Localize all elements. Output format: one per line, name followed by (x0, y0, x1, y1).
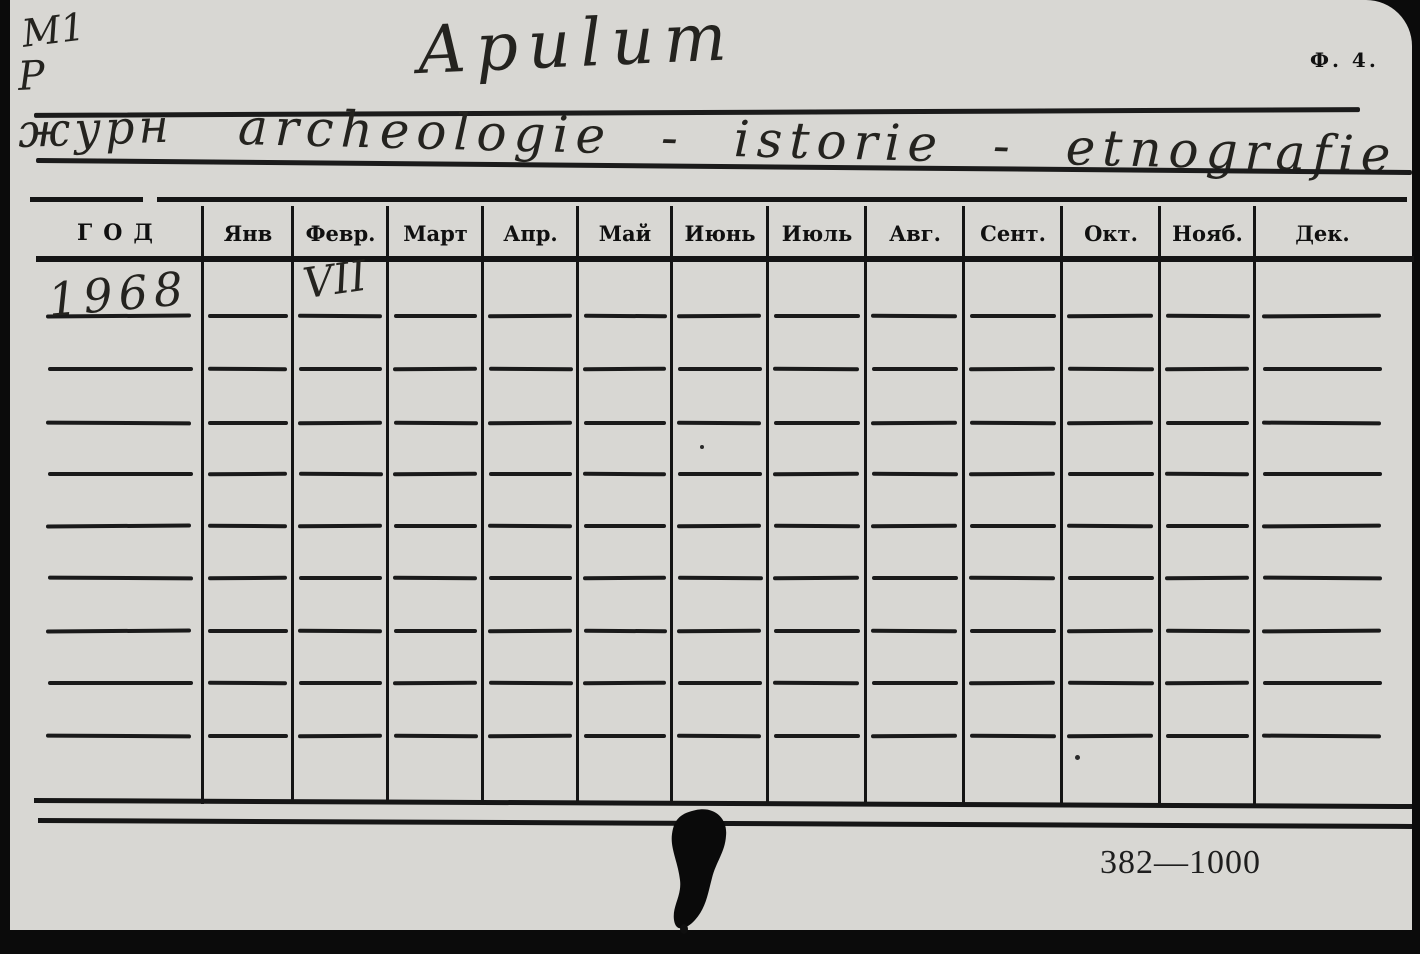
month-cell (768, 261, 866, 316)
month-cell: VII (293, 261, 388, 316)
month-cell (203, 526, 293, 578)
month-cell (1062, 683, 1160, 736)
header-cell-month: Авг. (866, 206, 964, 256)
month-cell (1255, 631, 1390, 683)
month-cell (293, 683, 388, 736)
month-cell (866, 261, 964, 316)
month-cell (672, 316, 768, 369)
year-cell: 1968 (38, 261, 203, 316)
month-cell (203, 369, 293, 423)
month-cell (1255, 578, 1390, 631)
year-cell (38, 423, 203, 474)
month-cell (578, 578, 672, 631)
year-cell (38, 631, 203, 683)
month-cell (1062, 736, 1160, 798)
header-cell-month: Нояб. (1160, 206, 1255, 256)
month-cell (1062, 631, 1160, 683)
month-cell (672, 631, 768, 683)
scanned-card-screenshot: М1 Р Apulum Ф. 4. журн archeologie - ist… (0, 0, 1420, 954)
month-cell (1062, 316, 1160, 369)
paper-speck (1075, 755, 1080, 760)
month-cell (672, 369, 768, 423)
month-cell (964, 683, 1062, 736)
month-cell (1255, 423, 1390, 474)
table-header-row: ГОДЯнвФевр.МартАпр.МайИюньИюльАвг.Сент.О… (38, 206, 1390, 256)
month-cell (964, 526, 1062, 578)
handwritten-title: Apulum (416, 0, 738, 89)
header-cell-month: Окт. (1062, 206, 1160, 256)
month-cell (964, 578, 1062, 631)
month-cell (866, 369, 964, 423)
month-cell (866, 423, 964, 474)
month-cell (768, 526, 866, 578)
month-cell (866, 474, 964, 526)
header-cell-month: Май (578, 206, 672, 256)
month-cell (768, 474, 866, 526)
month-cell (578, 423, 672, 474)
month-cell (768, 631, 866, 683)
header-cell-month: Дек. (1255, 206, 1390, 256)
month-cell (672, 423, 768, 474)
month-cell (964, 631, 1062, 683)
form-code-label: Ф. 4. (1310, 48, 1379, 72)
header-cell-month: Сент. (964, 206, 1062, 256)
header-cell-month: Апр. (483, 206, 578, 256)
year-cell (38, 526, 203, 578)
month-cell (768, 316, 866, 369)
month-cell (1062, 423, 1160, 474)
month-cell (483, 683, 578, 736)
table-top-border-left (30, 197, 143, 202)
month-cell (483, 423, 578, 474)
month-cell (964, 736, 1062, 798)
table-column-line (766, 206, 769, 804)
month-cell (1062, 526, 1160, 578)
month-cell (578, 631, 672, 683)
month-cell (578, 316, 672, 369)
table-column-line (386, 206, 389, 804)
month-cell (293, 526, 388, 578)
table-column-line (1060, 206, 1063, 804)
month-cell (964, 423, 1062, 474)
header-cell-month: Март (388, 206, 483, 256)
corner-note-m1: М1 (19, 4, 87, 55)
month-cell (1255, 474, 1390, 526)
year-cell (38, 369, 203, 423)
index-card-paper: М1 Р Apulum Ф. 4. журн archeologie - ist… (10, 0, 1412, 930)
month-cell (1062, 578, 1160, 631)
header-cell-month: Июнь (672, 206, 768, 256)
month-cell (1255, 526, 1390, 578)
table-column-line (670, 206, 673, 804)
month-cell (672, 578, 768, 631)
month-cell (483, 369, 578, 423)
month-cell (1160, 631, 1255, 683)
month-cell (293, 423, 388, 474)
month-cell (672, 736, 768, 798)
month-cell (293, 631, 388, 683)
table-column-line (291, 206, 294, 804)
month-cell (483, 474, 578, 526)
month-cell (866, 631, 964, 683)
month-cell (388, 261, 483, 316)
month-cell (1160, 683, 1255, 736)
month-cell (866, 578, 964, 631)
paper-speck (700, 445, 704, 449)
ink-blot (662, 808, 742, 940)
month-cell (768, 683, 866, 736)
month-cell (1160, 316, 1255, 369)
month-cell (768, 423, 866, 474)
month-cell (1160, 261, 1255, 316)
month-cell (1255, 261, 1390, 316)
header-cell-year: ГОД (38, 206, 203, 256)
header-cell-month: Февр. (293, 206, 388, 256)
month-cell (768, 369, 866, 423)
year-cell (38, 578, 203, 631)
month-cell (203, 736, 293, 798)
month-cell (578, 369, 672, 423)
month-cell (293, 578, 388, 631)
month-cell (1255, 369, 1390, 423)
month-cell (203, 261, 293, 316)
month-cell (483, 736, 578, 798)
month-cell (866, 316, 964, 369)
month-cell (1255, 736, 1390, 798)
month-cell (388, 316, 483, 369)
month-cell (768, 736, 866, 798)
month-cell (1255, 316, 1390, 369)
month-cell (672, 261, 768, 316)
month-cell (672, 683, 768, 736)
month-cell (388, 474, 483, 526)
month-cell (768, 578, 866, 631)
handwritten-issue-entry: VII (300, 251, 370, 308)
month-cell (1062, 261, 1160, 316)
month-cell (203, 631, 293, 683)
month-cell (964, 369, 1062, 423)
month-cell (388, 526, 483, 578)
month-cell (483, 261, 578, 316)
month-cell (293, 474, 388, 526)
table-column-line (576, 206, 579, 804)
print-run-code: 382—1000 (1100, 844, 1261, 882)
year-cell (38, 736, 203, 798)
month-cell (672, 526, 768, 578)
month-cell (578, 261, 672, 316)
month-cell (388, 369, 483, 423)
header-cell-month: Июль (768, 206, 866, 256)
table-column-line (481, 206, 484, 804)
month-cell (578, 474, 672, 526)
month-cell (483, 526, 578, 578)
month-cell (203, 683, 293, 736)
month-cell (1160, 369, 1255, 423)
month-cell (1062, 369, 1160, 423)
month-cell (578, 736, 672, 798)
month-cell (1160, 578, 1255, 631)
month-cell (388, 578, 483, 631)
table-column-line (1158, 206, 1161, 804)
month-cell (1255, 683, 1390, 736)
month-cell (203, 423, 293, 474)
month-cell (578, 526, 672, 578)
month-cell (483, 578, 578, 631)
month-cell (964, 261, 1062, 316)
month-cell (1160, 423, 1255, 474)
month-cell (293, 736, 388, 798)
year-cell (38, 683, 203, 736)
month-cell (203, 578, 293, 631)
year-cell (38, 474, 203, 526)
header-cell-month: Янв (203, 206, 293, 256)
table-column-line (962, 206, 965, 804)
corner-note-p: Р (17, 53, 46, 100)
month-cell (672, 474, 768, 526)
table-column-line (1253, 206, 1256, 804)
month-cell (964, 316, 1062, 369)
month-cell (483, 316, 578, 369)
month-cell (388, 423, 483, 474)
month-cell (1160, 474, 1255, 526)
month-cell (1062, 474, 1160, 526)
ink-blot-shape (662, 808, 742, 936)
month-cell (388, 736, 483, 798)
month-cell (203, 316, 293, 369)
month-cell (866, 526, 964, 578)
year-cell (38, 316, 203, 369)
month-cell (578, 683, 672, 736)
month-cell (388, 683, 483, 736)
table-top-border-right (157, 197, 1407, 202)
month-cell (483, 631, 578, 683)
month-cell (866, 683, 964, 736)
table-column-line (201, 206, 204, 804)
month-cell (293, 316, 388, 369)
month-cell (964, 474, 1062, 526)
table-column-line (864, 206, 867, 804)
month-cell (293, 369, 388, 423)
table-body: 1968VII (38, 261, 1390, 798)
month-cell (388, 631, 483, 683)
handwritten-subtitle-prefix: журн (17, 99, 174, 158)
month-cell (1160, 736, 1255, 798)
month-cell (1160, 526, 1255, 578)
month-cell (866, 736, 964, 798)
month-cell (203, 474, 293, 526)
